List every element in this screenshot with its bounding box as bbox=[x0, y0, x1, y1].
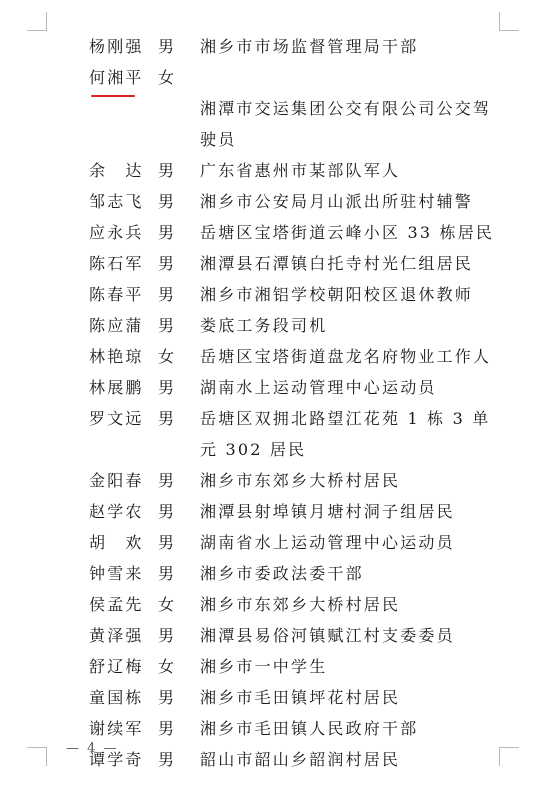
person-detail: 湖南水上运动管理中心运动员 bbox=[200, 372, 500, 403]
person-detail: 湘乡市东郊乡大桥村居民 bbox=[200, 465, 500, 496]
person-name[interactable]: 舒辽梅 bbox=[89, 651, 144, 682]
person-name[interactable]: 杨刚强 bbox=[89, 31, 144, 62]
person-detail: 岳塘区宝塔街道盘龙名府物业工作人 bbox=[200, 341, 500, 372]
person-detail: 湘潭县石潭镇白托寺村光仁组居民 bbox=[200, 248, 500, 279]
list-item: 何湘平 女 湘潭市交运集团公交有限公司公交驾驶员 bbox=[0, 62, 548, 155]
person-name[interactable]: 胡 欢 bbox=[89, 527, 144, 558]
person-detail: 湘乡市公安局月山派出所驻村辅警 bbox=[200, 186, 500, 217]
list-item: 林展鹏 男 湖南水上运动管理中心运动员 bbox=[0, 372, 548, 403]
list-item: 陈春平 男 湘乡市湘铝学校朝阳校区退休教师 bbox=[0, 279, 548, 310]
person-gender: 男 bbox=[158, 496, 176, 527]
person-name[interactable]: 罗文远 bbox=[89, 403, 144, 434]
person-name[interactable]: 林艳琼 bbox=[89, 341, 144, 372]
person-gender: 女 bbox=[158, 589, 176, 620]
person-gender: 男 bbox=[158, 682, 176, 713]
person-name-text: 何湘平 bbox=[89, 68, 144, 87]
person-detail: 岳塘区宝塔街道云峰小区 33 栋居民 bbox=[200, 217, 500, 248]
list-item: 金阳春 男 湘乡市东郊乡大桥村居民 bbox=[0, 465, 548, 496]
person-detail: 湘乡市市场监督管理局干部 bbox=[200, 31, 500, 62]
person-detail: 湘潭市交运集团公交有限公司公交驾驶员 bbox=[200, 93, 500, 155]
person-gender: 女 bbox=[158, 341, 176, 372]
spell-check-underline bbox=[91, 95, 135, 97]
person-detail: 广东省惠州市某部队军人 bbox=[200, 155, 500, 186]
list-item: 黄泽强 男 湘潭县易俗河镇赋江村支委委员 bbox=[0, 620, 548, 651]
list-item: 余 达 男 广东省惠州市某部队军人 bbox=[0, 155, 548, 186]
person-name[interactable]: 童国栋 bbox=[89, 682, 144, 713]
list-item: 侯孟先 女 湘乡市东郊乡大桥村居民 bbox=[0, 589, 548, 620]
person-gender: 男 bbox=[158, 31, 176, 62]
person-name[interactable]: 赵学农 bbox=[89, 496, 144, 527]
list-item: 陈石军 男 湘潭县石潭镇白托寺村光仁组居民 bbox=[0, 248, 548, 279]
crop-mark-top-left bbox=[27, 12, 47, 31]
person-name[interactable]: 侯孟先 bbox=[89, 589, 144, 620]
person-list: 杨刚强 男 湘乡市市场监督管理局干部 何湘平 女 湘潭市交运集团公交有限公司公交… bbox=[0, 31, 548, 775]
list-item: 赵学农 男 湘潭县射埠镇月塘村洞子组居民 bbox=[0, 496, 548, 527]
person-gender: 男 bbox=[158, 527, 176, 558]
person-gender: 男 bbox=[158, 558, 176, 589]
list-item: 舒辽梅 女 湘乡市一中学生 bbox=[0, 651, 548, 682]
list-item: 钟雪来 男 湘乡市委政法委干部 bbox=[0, 558, 548, 589]
page-number: — 4 — bbox=[66, 741, 119, 756]
person-gender: 女 bbox=[158, 62, 176, 93]
person-gender: 男 bbox=[158, 248, 176, 279]
list-item: 林艳琼 女 岳塘区宝塔街道盘龙名府物业工作人 bbox=[0, 341, 548, 372]
person-gender: 男 bbox=[158, 186, 176, 217]
person-detail: 湘乡市委政法委干部 bbox=[200, 558, 500, 589]
list-item: 杨刚强 男 湘乡市市场监督管理局干部 bbox=[0, 31, 548, 62]
person-gender: 女 bbox=[158, 651, 176, 682]
person-name[interactable]: 钟雪来 bbox=[89, 558, 144, 589]
person-name[interactable]: 陈春平 bbox=[89, 279, 144, 310]
person-name[interactable]: 余 达 bbox=[89, 155, 144, 186]
person-gender: 男 bbox=[158, 403, 176, 434]
person-detail: 娄底工务段司机 bbox=[200, 310, 500, 341]
person-detail: 湘乡市湘铝学校朝阳校区退休教师 bbox=[200, 279, 500, 310]
person-detail: 湘乡市东郊乡大桥村居民 bbox=[200, 589, 500, 620]
person-name[interactable]: 何湘平 bbox=[89, 68, 144, 87]
person-gender: 男 bbox=[158, 310, 176, 341]
list-item: 胡 欢 男 湖南省水上运动管理中心运动员 bbox=[0, 527, 548, 558]
list-item: 谢续军 男 湘乡市毛田镇人民政府干部 bbox=[0, 713, 548, 744]
person-name[interactable]: 林展鹏 bbox=[89, 372, 144, 403]
person-name[interactable]: 陈石军 bbox=[89, 248, 144, 279]
person-gender: 男 bbox=[158, 744, 176, 775]
person-name[interactable]: 谢续军 bbox=[89, 713, 144, 744]
person-detail: 岳塘区双拥北路望江花苑 1 栋 3 单元 302 居民 bbox=[200, 403, 500, 465]
person-name[interactable]: 黄泽强 bbox=[89, 620, 144, 651]
person-detail: 湘潭县易俗河镇赋江村支委委员 bbox=[200, 620, 500, 651]
list-item: 陈应蒲 男 娄底工务段司机 bbox=[0, 310, 548, 341]
person-gender: 男 bbox=[158, 372, 176, 403]
person-name[interactable]: 陈应蒲 bbox=[89, 310, 144, 341]
list-item: 罗文远 男 岳塘区双拥北路望江花苑 1 栋 3 单元 302 居民 bbox=[0, 403, 548, 465]
person-gender: 男 bbox=[158, 155, 176, 186]
person-gender: 男 bbox=[158, 465, 176, 496]
person-gender: 男 bbox=[158, 217, 176, 248]
person-name[interactable]: 应永兵 bbox=[89, 217, 144, 248]
list-item: 童国栋 男 湘乡市毛田镇坪花村居民 bbox=[0, 682, 548, 713]
person-detail: 湘潭县射埠镇月塘村洞子组居民 bbox=[200, 496, 500, 527]
list-item: 邹志飞 男 湘乡市公安局月山派出所驻村辅警 bbox=[0, 186, 548, 217]
person-name[interactable]: 邹志飞 bbox=[89, 186, 144, 217]
person-gender: 男 bbox=[158, 620, 176, 651]
crop-mark-top-right bbox=[499, 12, 519, 31]
person-name[interactable]: 金阳春 bbox=[89, 465, 144, 496]
person-detail: 湘乡市毛田镇坪花村居民 bbox=[200, 682, 500, 713]
person-detail: 韶山市韶山乡韶润村居民 bbox=[200, 744, 500, 775]
person-gender: 男 bbox=[158, 279, 176, 310]
person-detail: 湘乡市一中学生 bbox=[200, 651, 500, 682]
person-gender: 男 bbox=[158, 713, 176, 744]
person-detail: 湘乡市毛田镇人民政府干部 bbox=[200, 713, 500, 744]
list-item: 应永兵 男 岳塘区宝塔街道云峰小区 33 栋居民 bbox=[0, 217, 548, 248]
person-detail: 湖南省水上运动管理中心运动员 bbox=[200, 527, 500, 558]
